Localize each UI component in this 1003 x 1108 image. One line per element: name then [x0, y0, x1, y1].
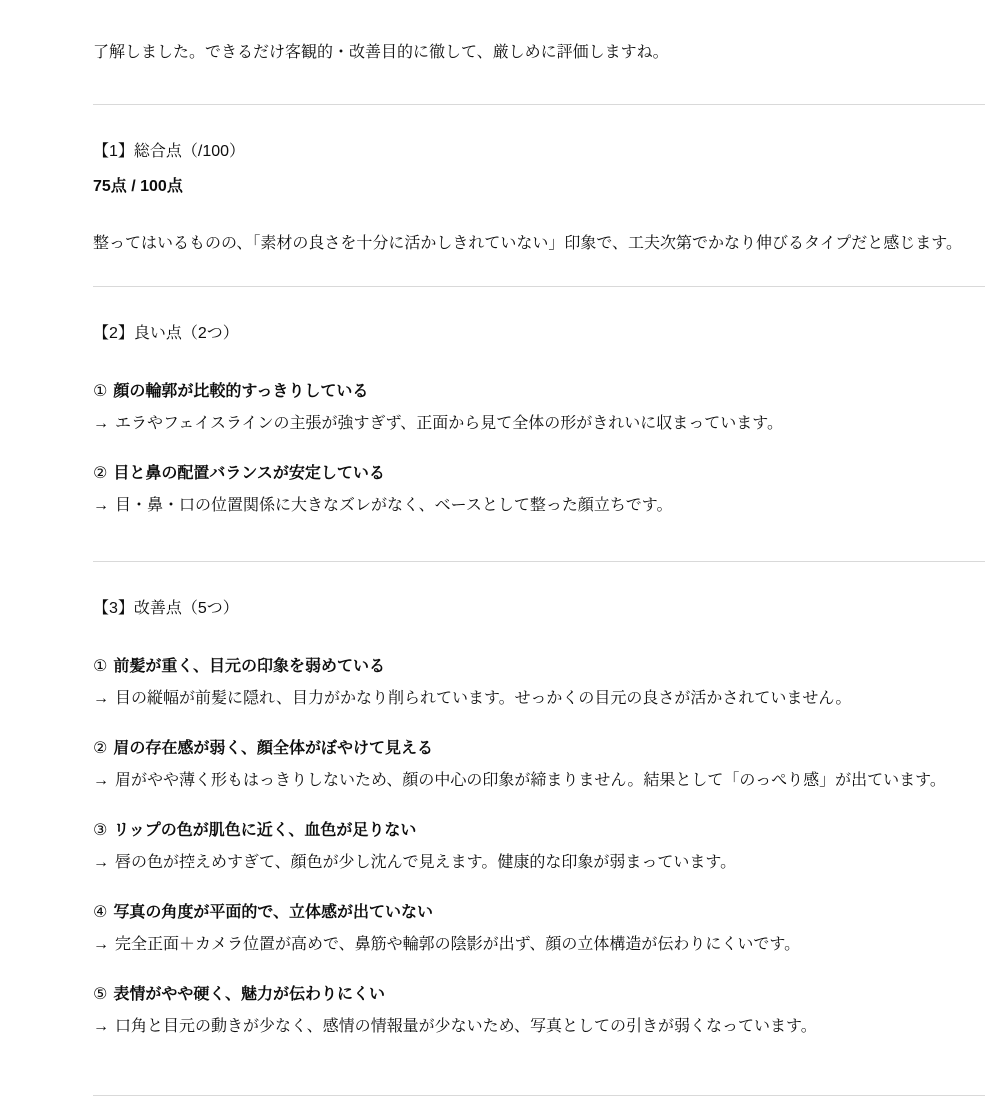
section-heading: 【2】良い点（2つ） — [93, 320, 985, 348]
circled-number: ① — [93, 658, 107, 675]
improvement-point-4: ④写真の角度が平面的で、立体感が出ていない →完全正面＋カメラ位置が高めで、鼻筋… — [93, 897, 985, 961]
point-detail: エラやフェイスラインの主張が強すぎず、正面から見て全体の形がきれいに収まっていま… — [115, 415, 783, 432]
improvement-point-3: ③リップの色が肌色に近く、血色が足りない →唇の色が控えめすぎて、顔色が少し沈ん… — [93, 815, 985, 879]
arrow-glyph: → — [93, 936, 109, 953]
point-detail: 目の縦幅が前髪に隠れ、目力がかなり削られています。せっかくの目元の良さが活かされ… — [115, 690, 851, 707]
circled-number: ② — [93, 465, 107, 482]
assistant-message: 了解しました。できるだけ客観的・改善目的に徹して、厳しめに評価しますね。 【1】… — [0, 0, 1003, 1096]
point-detail: 完全正面＋カメラ位置が高めで、鼻筋や輪郭の陰影が出ず、顔の立体構造が伝わりにくい… — [115, 936, 800, 953]
arrow-glyph: → — [93, 690, 109, 707]
intro-text: 了解しました。できるだけ客観的・改善目的に徹して、厳しめに評価しますね。 — [93, 39, 985, 67]
circled-number: ③ — [93, 822, 107, 839]
point-title: リップの色が肌色に近く、血色が足りない — [113, 822, 416, 839]
arrow-glyph: → — [93, 415, 109, 432]
arrow-glyph: → — [93, 1018, 109, 1035]
point-detail: 眉がやや薄く形もはっきりしないため、顔の中心の印象が締まりません。結果として「の… — [115, 772, 946, 789]
section-divider — [93, 1095, 985, 1096]
circled-number: ② — [93, 740, 107, 757]
section-divider — [93, 561, 985, 562]
arrow-glyph: → — [93, 772, 109, 789]
section-good-points: 【2】良い点（2つ） ①顔の輪郭が比較的すっきりしている →エラやフェイスライン… — [93, 320, 985, 522]
section-divider — [93, 104, 985, 105]
circled-number: ① — [93, 383, 107, 400]
score-value: 75点 / 100点 — [93, 173, 985, 201]
section-heading: 【1】総合点（/100） — [93, 138, 985, 166]
good-point-1: ①顔の輪郭が比較的すっきりしている →エラやフェイスラインの主張が強すぎず、正面… — [93, 376, 985, 440]
section-heading: 【3】改善点（5つ） — [93, 595, 985, 623]
section-improvement-points: 【3】改善点（5つ） ①前髪が重く、目元の印象を弱めている →目の縦幅が前髪に隠… — [93, 595, 985, 1043]
point-title: 目と鼻の配置バランスが安定している — [113, 465, 385, 482]
circled-number: ④ — [93, 904, 107, 921]
improvement-point-5: ⑤表情がやや硬く、魅力が伝わりにくい →口角と目元の動きが少なく、感情の情報量が… — [93, 979, 985, 1043]
arrow-glyph: → — [93, 854, 109, 871]
improvement-point-2: ②眉の存在感が弱く、顔全体がぼやけて見える →眉がやや薄く形もはっきりしないため… — [93, 733, 985, 797]
good-point-2: ②目と鼻の配置バランスが安定している →目・鼻・口の位置関係に大きなズレがなく、… — [93, 458, 985, 522]
improvement-point-1: ①前髪が重く、目元の印象を弱めている →目の縦幅が前髪に隠れ、目力がかなり削られ… — [93, 651, 985, 715]
section-divider — [93, 286, 985, 287]
point-detail: 目・鼻・口の位置関係に大きなズレがなく、ベースとして整った顔立ちです。 — [115, 497, 672, 514]
point-title: 表情がやや硬く、魅力が伝わりにくい — [113, 986, 385, 1003]
point-detail: 唇の色が控えめすぎて、顔色が少し沈んで見えます。健康的な印象が弱まっています。 — [115, 854, 736, 871]
point-title: 前髪が重く、目元の印象を弱めている — [113, 658, 385, 675]
point-title: 写真の角度が平面的で、立体感が出ていない — [113, 904, 433, 921]
point-title: 顔の輪郭が比較的すっきりしている — [113, 383, 368, 400]
point-title: 眉の存在感が弱く、顔全体がぼやけて見える — [113, 740, 433, 757]
section-body-text: 整ってはいるものの、「素材の良さを十分に活かしきれていない」印象で、工夫次第でか… — [93, 230, 985, 258]
circled-number: ⑤ — [93, 986, 107, 1003]
section-overall-score: 【1】総合点（/100） 75点 / 100点 整ってはいるものの、「素材の良さ… — [93, 138, 985, 258]
point-detail: 口角と目元の動きが少なく、感情の情報量が少ないため、写真としての引きが弱くなって… — [115, 1018, 817, 1035]
arrow-glyph: → — [93, 497, 109, 514]
